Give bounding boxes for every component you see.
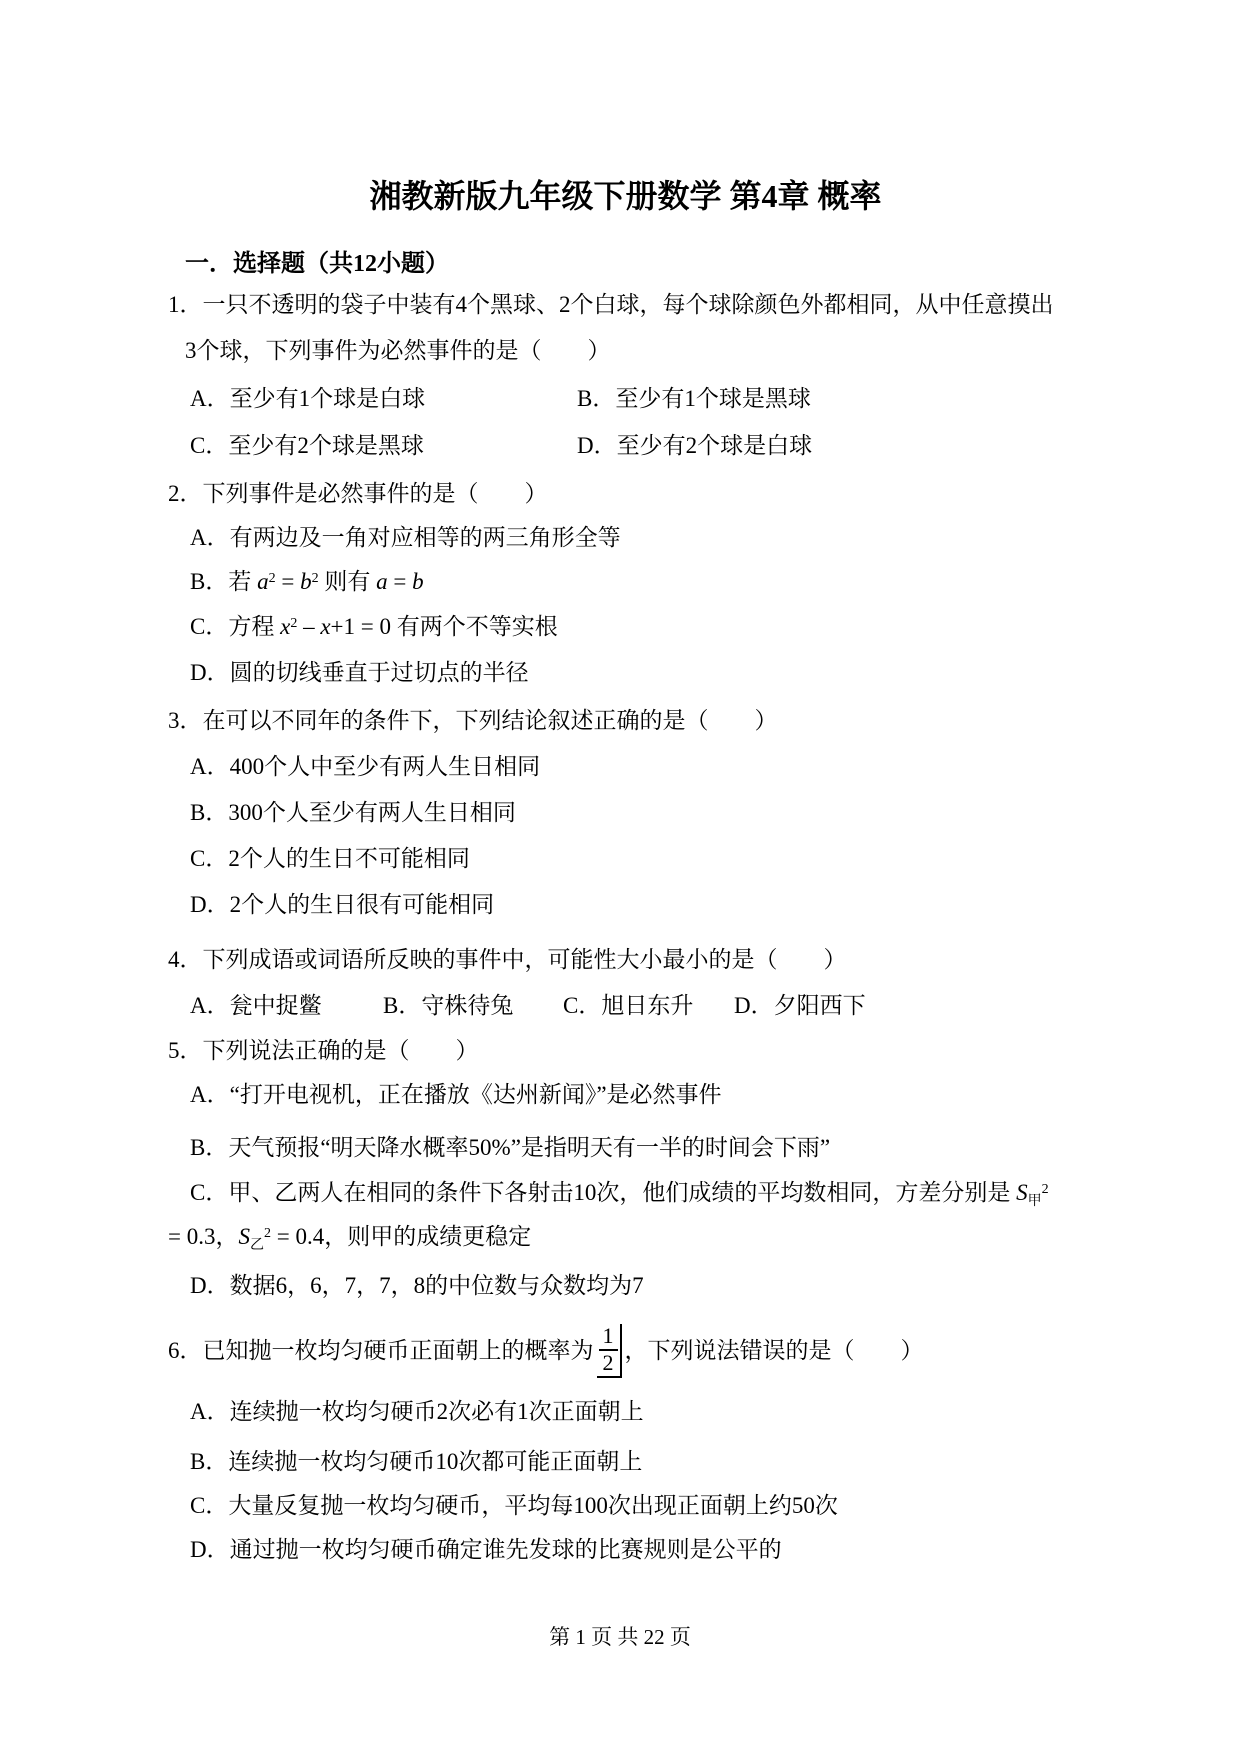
question-1-stem-line-2: 3个球，下列事件为必然事件的是（ ） [185,336,611,366]
question-2-option-d: D．圆的切线垂直于过切点的半径 [190,658,529,688]
question-5-option-c-line-1-text: S [1016,1180,1028,1205]
question-2-option-b-text: 2 [312,571,319,586]
question-3-option-a: A．400个人中至少有两人生日相同 [190,752,540,782]
question-3-option-b-text: B．300个人至少有两人生日相同 [190,800,516,825]
question-1-option-c: C．至少有2个球是黑球 [190,431,424,461]
question-6-option-a: A．连续抛一枚均匀硬币2次必有1次正面朝上 [190,1397,644,1427]
question-2-option-b-text: b [412,569,424,594]
question-6-option-b: B．连续抛一枚均匀硬币10次都可能正面朝上 [190,1447,642,1477]
fraction: 12 [597,1324,622,1378]
question-2-option-b-text: 则有 [319,569,377,594]
question-1-option-d: D．至少有2个球是白球 [577,431,812,461]
question-2-option-b-text: a [376,569,388,594]
question-6-option-c: C．大量反复抛一枚均匀硬币，平均每100次出现正面朝上约50次 [190,1491,838,1521]
question-4-option-a-text: A．瓮中捉鳖 [190,993,322,1018]
question-4-option-a: A．瓮中捉鳖 [190,991,322,1021]
question-5-option-c-line-1-text: 2 [1042,1182,1049,1197]
question-5-option-d: D．数据6，6，7，7，8的中位数与众数均为7 [190,1271,644,1301]
question-4-option-d: D．夕阳西下 [734,991,866,1021]
page-title: 湘教新版九年级下册数学 第4章 概率 [168,171,1083,217]
question-5-option-c-line-2-text: = 0.3， [168,1224,238,1249]
question-3-option-b: B．300个人至少有两人生日相同 [190,798,516,828]
question-4-option-b: B．守株待兔 [383,991,513,1021]
question-6-option-d-text: D．通过抛一枚均匀硬币确定谁先发球的比赛规则是公平的 [190,1537,782,1562]
question-1-option-c-text: C．至少有2个球是黑球 [190,433,424,458]
question-1-option-a-text: A．至少有1个球是白球 [190,386,425,411]
question-3-option-c: C．2个人的生日不可能相同 [190,844,470,874]
question-1-option-b: B．至少有1个球是黑球 [577,384,811,414]
question-5-option-a: A．“打开电视机，正在播放《达州新闻》”是必然事件 [190,1080,722,1110]
question-5-option-c-line-2-text: 乙 [250,1238,264,1253]
question-2-option-b-text: a [257,569,269,594]
question-4-option-b-text: B．守株待兔 [383,993,513,1018]
question-5-option-c-line-1-text: 甲 [1028,1194,1042,1209]
question-3-stem-text: 3．在可以不同年的条件下，下列结论叙述正确的是（ ） [168,708,778,733]
question-2-option-b-text: = [276,569,300,594]
question-2-option-a: A．有两边及一角对应相等的两三角形全等 [190,523,621,553]
question-5-option-d-text: D．数据6，6，7，7，8的中位数与众数均为7 [190,1273,644,1298]
question-2-option-b-text: 2 [269,571,276,586]
question-1-option-b-text: B．至少有1个球是黑球 [577,386,811,411]
question-2-option-c: C．方程 x2 – x+1 = 0 有两个不等实根 [190,612,558,642]
question-5-option-c-line-1-text: C．甲、乙两人在相同的条件下各射击10次，他们成绩的平均数相同，方差分别是 [190,1180,1016,1205]
question-4-option-d-text: D．夕阳西下 [734,993,866,1018]
question-2-stem-text: 2．下列事件是必然事件的是（ ） [168,481,548,506]
question-6-option-b-text: B．连续抛一枚均匀硬币10次都可能正面朝上 [190,1449,642,1474]
question-2-option-b-text: b [300,569,312,594]
question-2-option-a-text: A．有两边及一角对应相等的两三角形全等 [190,525,621,550]
section-header: 一．选择题（共12小题） [185,243,449,278]
question-2-option-d-text: D．圆的切线垂直于过切点的半径 [190,660,529,685]
question-3-option-a-text: A．400个人中至少有两人生日相同 [190,754,540,779]
question-6-stem: 6．已知抛一枚均匀硬币正面朝上的概率为12，下列说法错误的是（ ） [168,1322,924,1380]
question-4-stem: 4．下列成语或词语所反映的事件中，可能性大小最小的是（ ） [168,945,847,975]
question-4-option-c-text: C．旭日东升 [563,993,693,1018]
question-1-stem-line-1: 1．一只不透明的袋子中装有4个黑球、2个白球，每个球除颜色外都相同，从中任意摸出 [168,290,1054,320]
page-footer: 第 1 页 共 22 页 [0,1621,1240,1651]
question-2-option-c-text: x [320,614,330,639]
question-6-stem-text: ，下列说法错误的是（ ） [625,1338,924,1364]
question-1-stem-line-1-text: 1．一只不透明的袋子中装有4个黑球、2个白球，每个球除颜色外都相同，从中任意摸出 [168,292,1054,317]
question-5-option-c-line-2-text: 2 [264,1226,271,1241]
question-6-option-a-text: A．连续抛一枚均匀硬币2次必有1次正面朝上 [190,1399,644,1424]
question-3-option-d: D．2个人的生日很有可能相同 [190,890,494,920]
question-5-option-b: B．天气预报“明天降水概率50%”是指明天有一半的时间会下雨” [190,1133,830,1163]
question-6-stem-text: 6．已知抛一枚均匀硬币正面朝上的概率为 [168,1338,594,1364]
question-2-option-c-text: x [280,614,290,639]
question-4-stem-text: 4．下列成语或词语所反映的事件中，可能性大小最小的是（ ） [168,947,847,972]
question-4-option-c: C．旭日东升 [563,991,693,1021]
question-1-stem-line-2-text: 3个球，下列事件为必然事件的是（ ） [185,338,611,363]
question-5-option-a-text: A．“打开电视机，正在播放《达州新闻》”是必然事件 [190,1082,722,1107]
question-5-stem-text: 5．下列说法正确的是（ ） [168,1038,479,1063]
question-6-option-c-text: C．大量反复抛一枚均匀硬币，平均每100次出现正面朝上约50次 [190,1493,838,1518]
question-1-option-d-text: D．至少有2个球是白球 [577,433,812,458]
fraction-numerator: 1 [599,1324,618,1351]
fraction-denominator: 2 [599,1351,618,1376]
question-3-option-d-text: D．2个人的生日很有可能相同 [190,892,494,917]
question-6-option-d: D．通过抛一枚均匀硬币确定谁先发球的比赛规则是公平的 [190,1535,782,1565]
question-3-stem: 3．在可以不同年的条件下，下列结论叙述正确的是（ ） [168,706,778,736]
question-2-stem: 2．下列事件是必然事件的是（ ） [168,479,548,509]
question-5-option-b-text: B．天气预报“明天降水概率50%”是指明天有一半的时间会下雨” [190,1135,830,1160]
question-3-option-c-text: C．2个人的生日不可能相同 [190,846,470,871]
question-5-option-c-line-2: = 0.3，S乙2 = 0.4，则甲的成绩更稳定 [168,1222,531,1252]
question-5-option-c-line-2-text: S [238,1224,250,1249]
question-2-option-b: B．若 a2 = b2 则有 a = b [190,567,424,597]
question-2-option-b-text: = [388,569,412,594]
question-2-option-c-text: C．方程 [190,614,280,639]
question-1-option-a: A．至少有1个球是白球 [190,384,425,414]
question-5-stem: 5．下列说法正确的是（ ） [168,1036,479,1066]
question-2-option-c-text: +1 = 0 有两个不等实根 [331,614,558,639]
question-2-option-c-text: – [297,614,320,639]
question-5-option-c-line-2-text: = 0.4，则甲的成绩更稳定 [271,1224,531,1249]
question-5-option-c-line-1: C．甲、乙两人在相同的条件下各射击10次，他们成绩的平均数相同，方差分别是 S甲… [190,1178,1049,1208]
question-2-option-b-text: B．若 [190,569,257,594]
